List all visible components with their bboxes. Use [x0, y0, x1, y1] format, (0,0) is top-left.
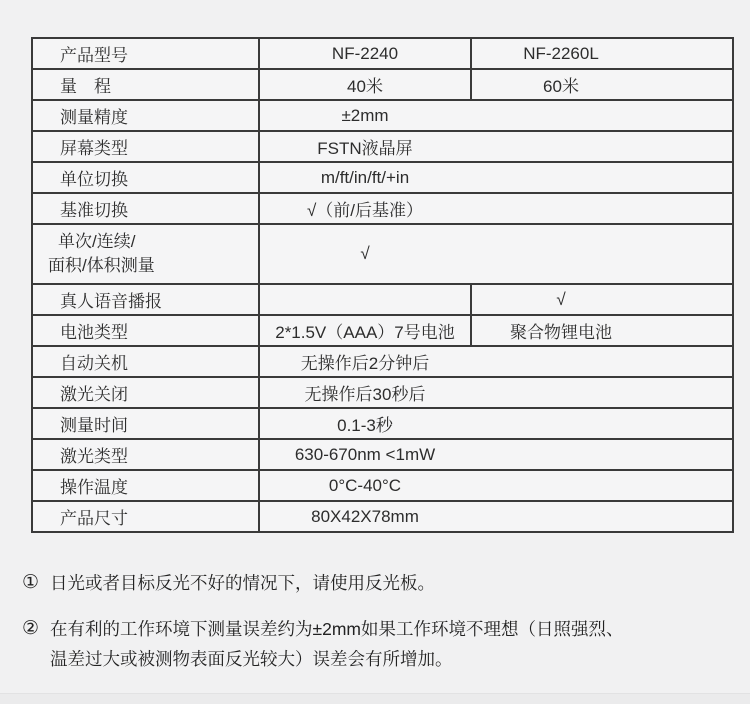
screen-type-value: FSTN液晶屏: [259, 131, 733, 162]
footnote-2-text-line1: 在有利的工作环境下测量误差约为±2mm如果工作环境不理想（日照强烈、: [50, 619, 624, 639]
spec-row-measure-modes: 单次/连续/ 面积/体积测量 √: [32, 224, 733, 284]
row-label-screen-type: 屏幕类型: [32, 131, 259, 162]
spec-row-model: 产品型号 NF-2240 NF-2260L: [32, 38, 733, 69]
circled-two-marker: ②: [22, 614, 39, 644]
spec-row-product-size: 产品尺寸 80X42X78mm: [32, 501, 733, 532]
measure-modes-checkmark: √: [259, 224, 733, 284]
range-value-nf2240: 40米: [259, 69, 471, 100]
unit-switch-value: m/ft/in/ft/+in: [259, 162, 733, 193]
product-spec-page: 产品型号 NF-2240 NF-2260L 量 程 40米 60米 测量精度 ±…: [0, 0, 750, 704]
range-value-nf2260l: 60米: [471, 69, 733, 100]
row-label-voice-broadcast: 真人语音播报: [32, 284, 259, 315]
footnotes: ① 日光或者目标反光不好的情况下，请使用反光板。 ② 在有利的工作环境下测量误差…: [22, 568, 734, 690]
voice-broadcast-value-nf2240: [259, 284, 471, 315]
row-label-product-size: 产品尺寸: [32, 501, 259, 532]
reference-switch-value: √（前/后基准）: [259, 193, 733, 224]
page-bottom-strip: [0, 693, 750, 704]
spec-row-laser-off: 激光关闭 无操作后30秒后: [32, 377, 733, 408]
row-label-laser-type: 激光类型: [32, 439, 259, 470]
spec-row-operating-temp: 操作温度 0°C-40°C: [32, 470, 733, 501]
measure-modes-label-line1: 单次/连续/: [58, 230, 258, 254]
footnote-2: ② 在有利的工作环境下测量误差约为±2mm如果工作环境不理想（日照强烈、 温差过…: [22, 614, 734, 674]
spec-row-range: 量 程 40米 60米: [32, 69, 733, 100]
laser-off-value: 无操作后30秒后: [259, 377, 733, 408]
row-label-laser-off: 激光关闭: [32, 377, 259, 408]
laser-type-value: 630-670nm <1mW: [259, 439, 733, 470]
voice-broadcast-checkmark-nf2260l: √: [471, 284, 733, 315]
spec-row-auto-shutdown: 自动关机 无操作后2分钟后: [32, 346, 733, 377]
operating-temp-value: 0°C-40°C: [259, 470, 733, 501]
footnote-2-text-line2: 温差过大或被测物表面反光较大）误差会有所增加。: [50, 649, 453, 669]
model-value-nf2260l: NF-2260L: [471, 38, 733, 69]
row-label-model: 产品型号: [32, 38, 259, 69]
spec-row-battery-type: 电池类型 2*1.5V（AAA）7号电池 聚合物锂电池: [32, 315, 733, 346]
row-label-reference-switch: 基准切换: [32, 193, 259, 224]
row-label-unit-switch: 单位切换: [32, 162, 259, 193]
footnote-1-text: 日光或者目标反光不好的情况下，请使用反光板。: [50, 573, 435, 593]
row-label-measure-modes: 单次/连续/ 面积/体积测量: [32, 224, 259, 284]
accuracy-value: ±2mm: [259, 100, 733, 131]
spec-row-accuracy: 测量精度 ±2mm: [32, 100, 733, 131]
spec-row-measure-time: 测量时间 0.1-3秒: [32, 408, 733, 439]
row-label-auto-shutdown: 自动关机: [32, 346, 259, 377]
spec-row-reference-switch: 基准切换 √（前/后基准）: [32, 193, 733, 224]
circled-one-marker: ①: [22, 568, 39, 598]
row-label-battery-type: 电池类型: [32, 315, 259, 346]
row-label-range: 量 程: [32, 69, 259, 100]
spec-row-laser-type: 激光类型 630-670nm <1mW: [32, 439, 733, 470]
spec-row-screen-type: 屏幕类型 FSTN液晶屏: [32, 131, 733, 162]
spec-table: 产品型号 NF-2240 NF-2260L 量 程 40米 60米 测量精度 ±…: [31, 37, 734, 533]
measure-modes-label-line2: 面积/体积测量: [48, 254, 258, 278]
auto-shutdown-value: 无操作后2分钟后: [259, 346, 733, 377]
spec-row-unit-switch: 单位切换 m/ft/in/ft/+in: [32, 162, 733, 193]
row-label-accuracy: 测量精度: [32, 100, 259, 131]
row-label-operating-temp: 操作温度: [32, 470, 259, 501]
product-size-value: 80X42X78mm: [259, 501, 733, 532]
footnote-1: ① 日光或者目标反光不好的情况下，请使用反光板。: [22, 568, 734, 598]
model-value-nf2240: NF-2240: [259, 38, 471, 69]
battery-type-value-nf2260l: 聚合物锂电池: [471, 315, 733, 346]
battery-type-value-nf2240: 2*1.5V（AAA）7号电池: [259, 315, 471, 346]
spec-row-voice-broadcast: 真人语音播报 √: [32, 284, 733, 315]
row-label-measure-time: 测量时间: [32, 408, 259, 439]
measure-time-value: 0.1-3秒: [259, 408, 733, 439]
